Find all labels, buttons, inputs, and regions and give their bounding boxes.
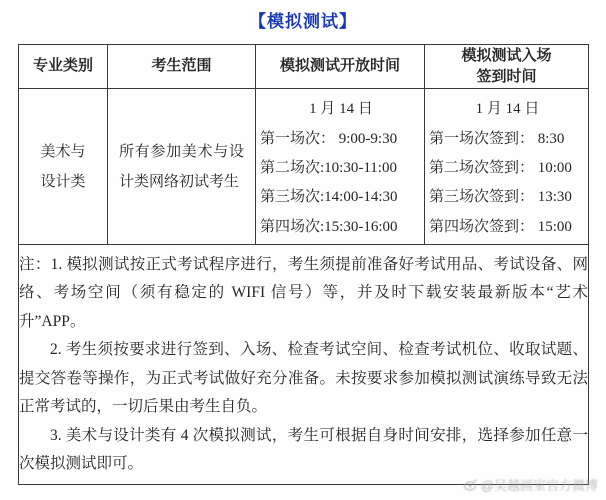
open-time-session-1: 第一场次： 9:00-9:30 — [260, 127, 422, 148]
cell-open-time: 1 月 14 日 第一场次： 9:00-9:30 第二场次:10:30-11:0… — [256, 89, 425, 245]
category-line2: 设计类 — [19, 167, 107, 197]
note-3: 3. 美术与设计类有 4 次模拟测试，考生可根据自身时间安排，选择参加任意一次模… — [19, 422, 588, 479]
signin-session-4: 第四场次签到： 15:00 — [429, 215, 586, 236]
cell-notes: 注：1. 模拟测试按正式考试程序进行，考生须提前准备好考试用品、考试设备、网络、… — [19, 245, 589, 485]
open-time-date: 1 月 14 日 — [260, 97, 422, 118]
header-open-time-label: 模拟测试开放时间 — [280, 58, 400, 74]
header-signin-line1: 模拟测试入场 — [425, 46, 588, 66]
cell-signin-time: 1 月 14 日 第一场次签到： 8:30 第二场次签到： 10:00 第三场次… — [425, 89, 589, 245]
weibo-watermark: @吴越画室官方微博 — [463, 475, 598, 494]
page-title: 【模拟测试】 — [0, 7, 606, 32]
open-time-session-2: 第二场次:10:30-11:00 — [260, 156, 422, 177]
signin-session-1: 第一场次签到： 8:30 — [429, 127, 586, 148]
note-1: 注：1. 模拟测试按正式考试程序进行，考生须提前准备好考试用品、考试设备、网络、… — [19, 251, 588, 337]
category-line1: 美术与 — [19, 137, 107, 167]
header-category-label: 专业类别 — [33, 58, 93, 74]
open-time-session-3: 第三场次:14:00-14:30 — [260, 185, 422, 206]
note-2: 2. 考生须按要求进行签到、入场、检查考试空间、检查考试机位、收取试题、提交答卷… — [19, 336, 588, 422]
notice-document: 【模拟测试】 专业类别 考生范围 模拟测试开放时间 模拟测试入场 签到时间 美术… — [0, 0, 606, 500]
table-row: 美术与 设计类 所有参加美术与设计类网络初试考生 1 月 14 日 第一场次： … — [19, 89, 589, 245]
signin-session-3: 第三场次签到： 13:30 — [429, 185, 586, 206]
watermark-text: @吴越画室官方微博 — [481, 475, 598, 494]
notes-row: 注：1. 模拟测试按正式考试程序进行，考生须提前准备好考试用品、考试设备、网络、… — [19, 245, 589, 485]
table-header-row: 专业类别 考生范围 模拟测试开放时间 模拟测试入场 签到时间 — [19, 45, 589, 89]
header-scope: 考生范围 — [108, 45, 256, 89]
signin-time-date: 1 月 14 日 — [429, 97, 586, 118]
schedule-table: 专业类别 考生范围 模拟测试开放时间 模拟测试入场 签到时间 美术与 设计类 所… — [18, 44, 589, 485]
header-open-time: 模拟测试开放时间 — [256, 45, 425, 89]
header-category: 专业类别 — [19, 45, 108, 89]
weibo-icon — [463, 478, 478, 491]
cell-scope: 所有参加美术与设计类网络初试考生 — [108, 89, 256, 245]
open-time-session-4: 第四场次:15:30-16:00 — [260, 215, 422, 236]
header-signin-line2: 签到时间 — [425, 67, 588, 87]
cell-category: 美术与 设计类 — [19, 89, 108, 245]
header-signin-time: 模拟测试入场 签到时间 — [425, 45, 589, 89]
scope-text: 所有参加美术与设计类网络初试考生 — [108, 137, 255, 197]
signin-session-2: 第二场次签到： 10:00 — [429, 156, 586, 177]
header-scope-label: 考生范围 — [151, 58, 211, 74]
